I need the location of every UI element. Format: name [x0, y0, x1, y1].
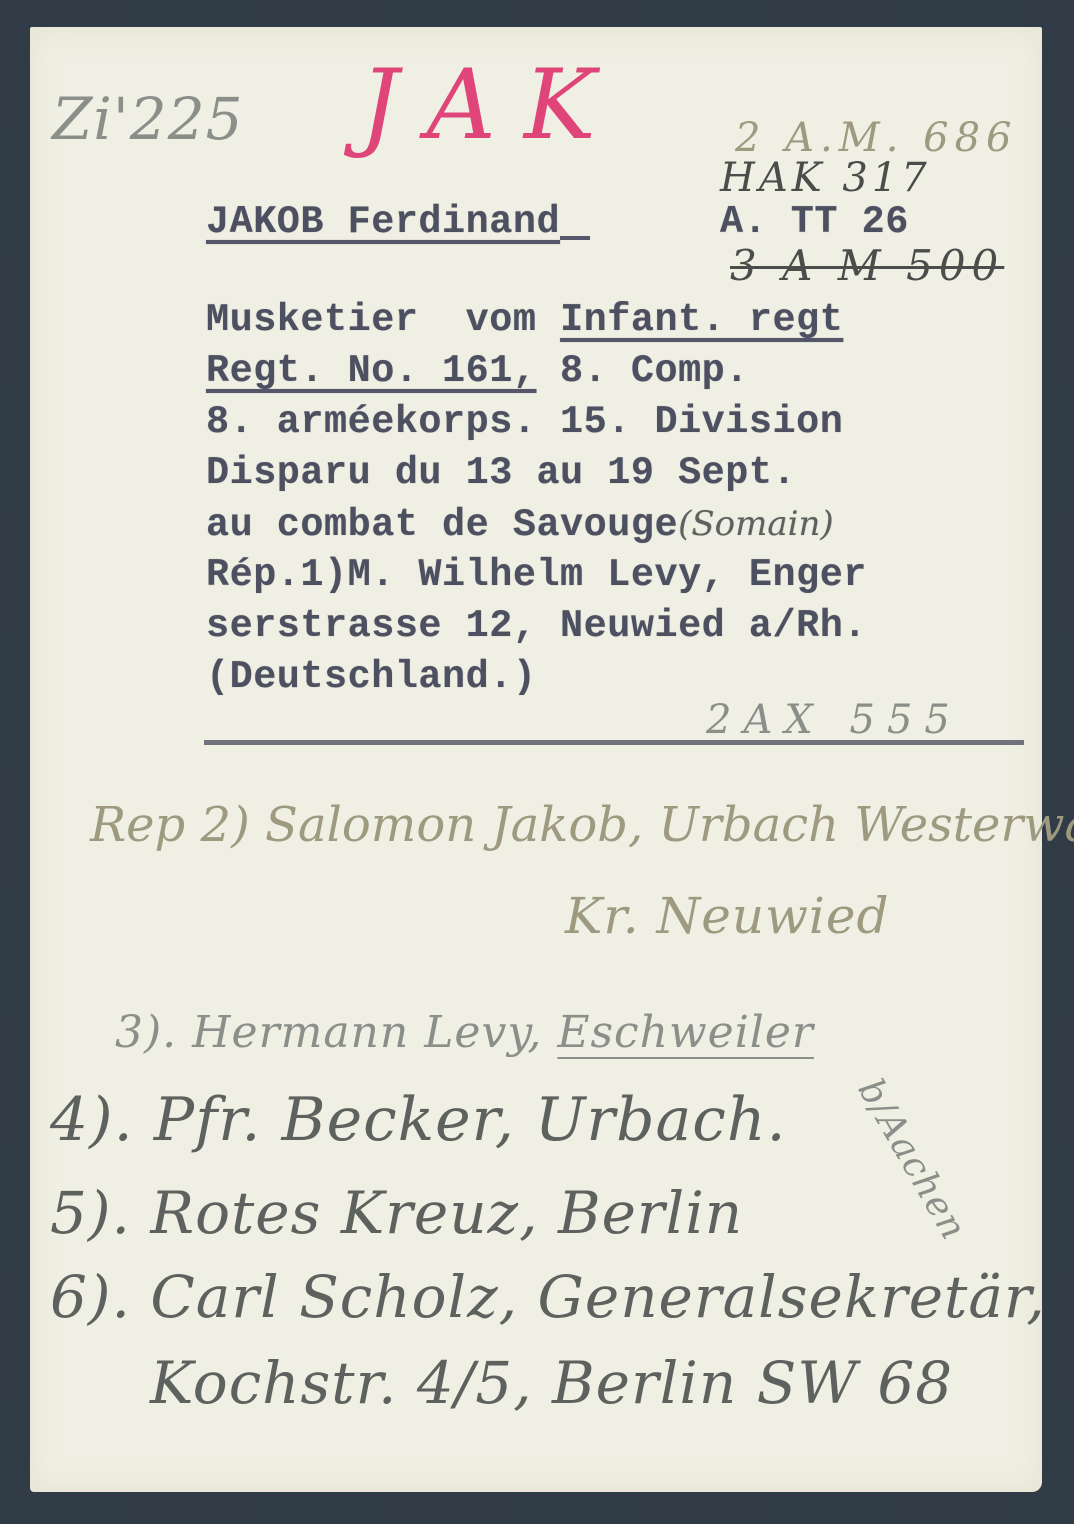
handwritten-note-3: 3). Hermann Levy, Eschweiler [115, 1007, 814, 1058]
typed-line-6: Rép.1)M. Wilhelm Levy, Enger [206, 550, 867, 601]
red-surname-stamp: JAK [360, 57, 624, 153]
handwritten-note-6-continued: Kochstr. 4/5, Berlin SW 68 [150, 1349, 953, 1417]
pencil-file-number: Zi'225 [52, 85, 244, 153]
soldier-name-text: JAKOB Ferdinand [206, 200, 560, 244]
typed-line-8: (Deutschland.) [206, 652, 867, 703]
handwritten-note-4: 4). Pfr. Becker, Urbach. [50, 1085, 787, 1155]
typed-line-2: Regt. No. 161, 8. Comp. [206, 346, 867, 397]
handwritten-location-insert: (Somain) [678, 504, 834, 544]
typed-record: Musketier vom Infant. regt Regt. No. 161… [206, 295, 867, 703]
reference-code-3: 3 A M 500 [730, 241, 1004, 290]
typed-line-4: Disparu du 13 au 19 Sept. [206, 448, 867, 499]
footer-reference-code: 2AX 555 [706, 697, 962, 743]
typed-divider-line [204, 740, 1024, 745]
soldier-name: JAKOB Ferdinand [206, 197, 590, 248]
typed-line-3: 8. arméekorps. 15. Division [206, 397, 867, 448]
typed-line-5: au combat de Savouge(Somain) [206, 499, 867, 550]
handwritten-note-6: 6). Carl Scholz, Generalsekretär, [50, 1263, 1046, 1331]
handwritten-note-5: 5). Rotes Kreuz, Berlin [50, 1179, 743, 1247]
reference-code-2: HAK 317 [720, 155, 931, 201]
typed-line-7: serstrasse 12, Neuwied a/Rh. [206, 601, 867, 652]
handwritten-note-2-continued: Kr. Neuwied [565, 887, 889, 945]
typed-line-1: Musketier vom Infant. regt [206, 295, 867, 346]
handwritten-note-3-suffix: b/Aachen [849, 1072, 974, 1247]
index-card: Zi'225 JAK 2 A.M. 686 HAK 317 JAKOB Ferd… [30, 27, 1042, 1492]
reference-code-3-text: 3 A M 500 [730, 241, 1004, 290]
handwritten-note-2: Rep 2) Salomon Jakob, Urbach Westerwald [90, 797, 1074, 853]
